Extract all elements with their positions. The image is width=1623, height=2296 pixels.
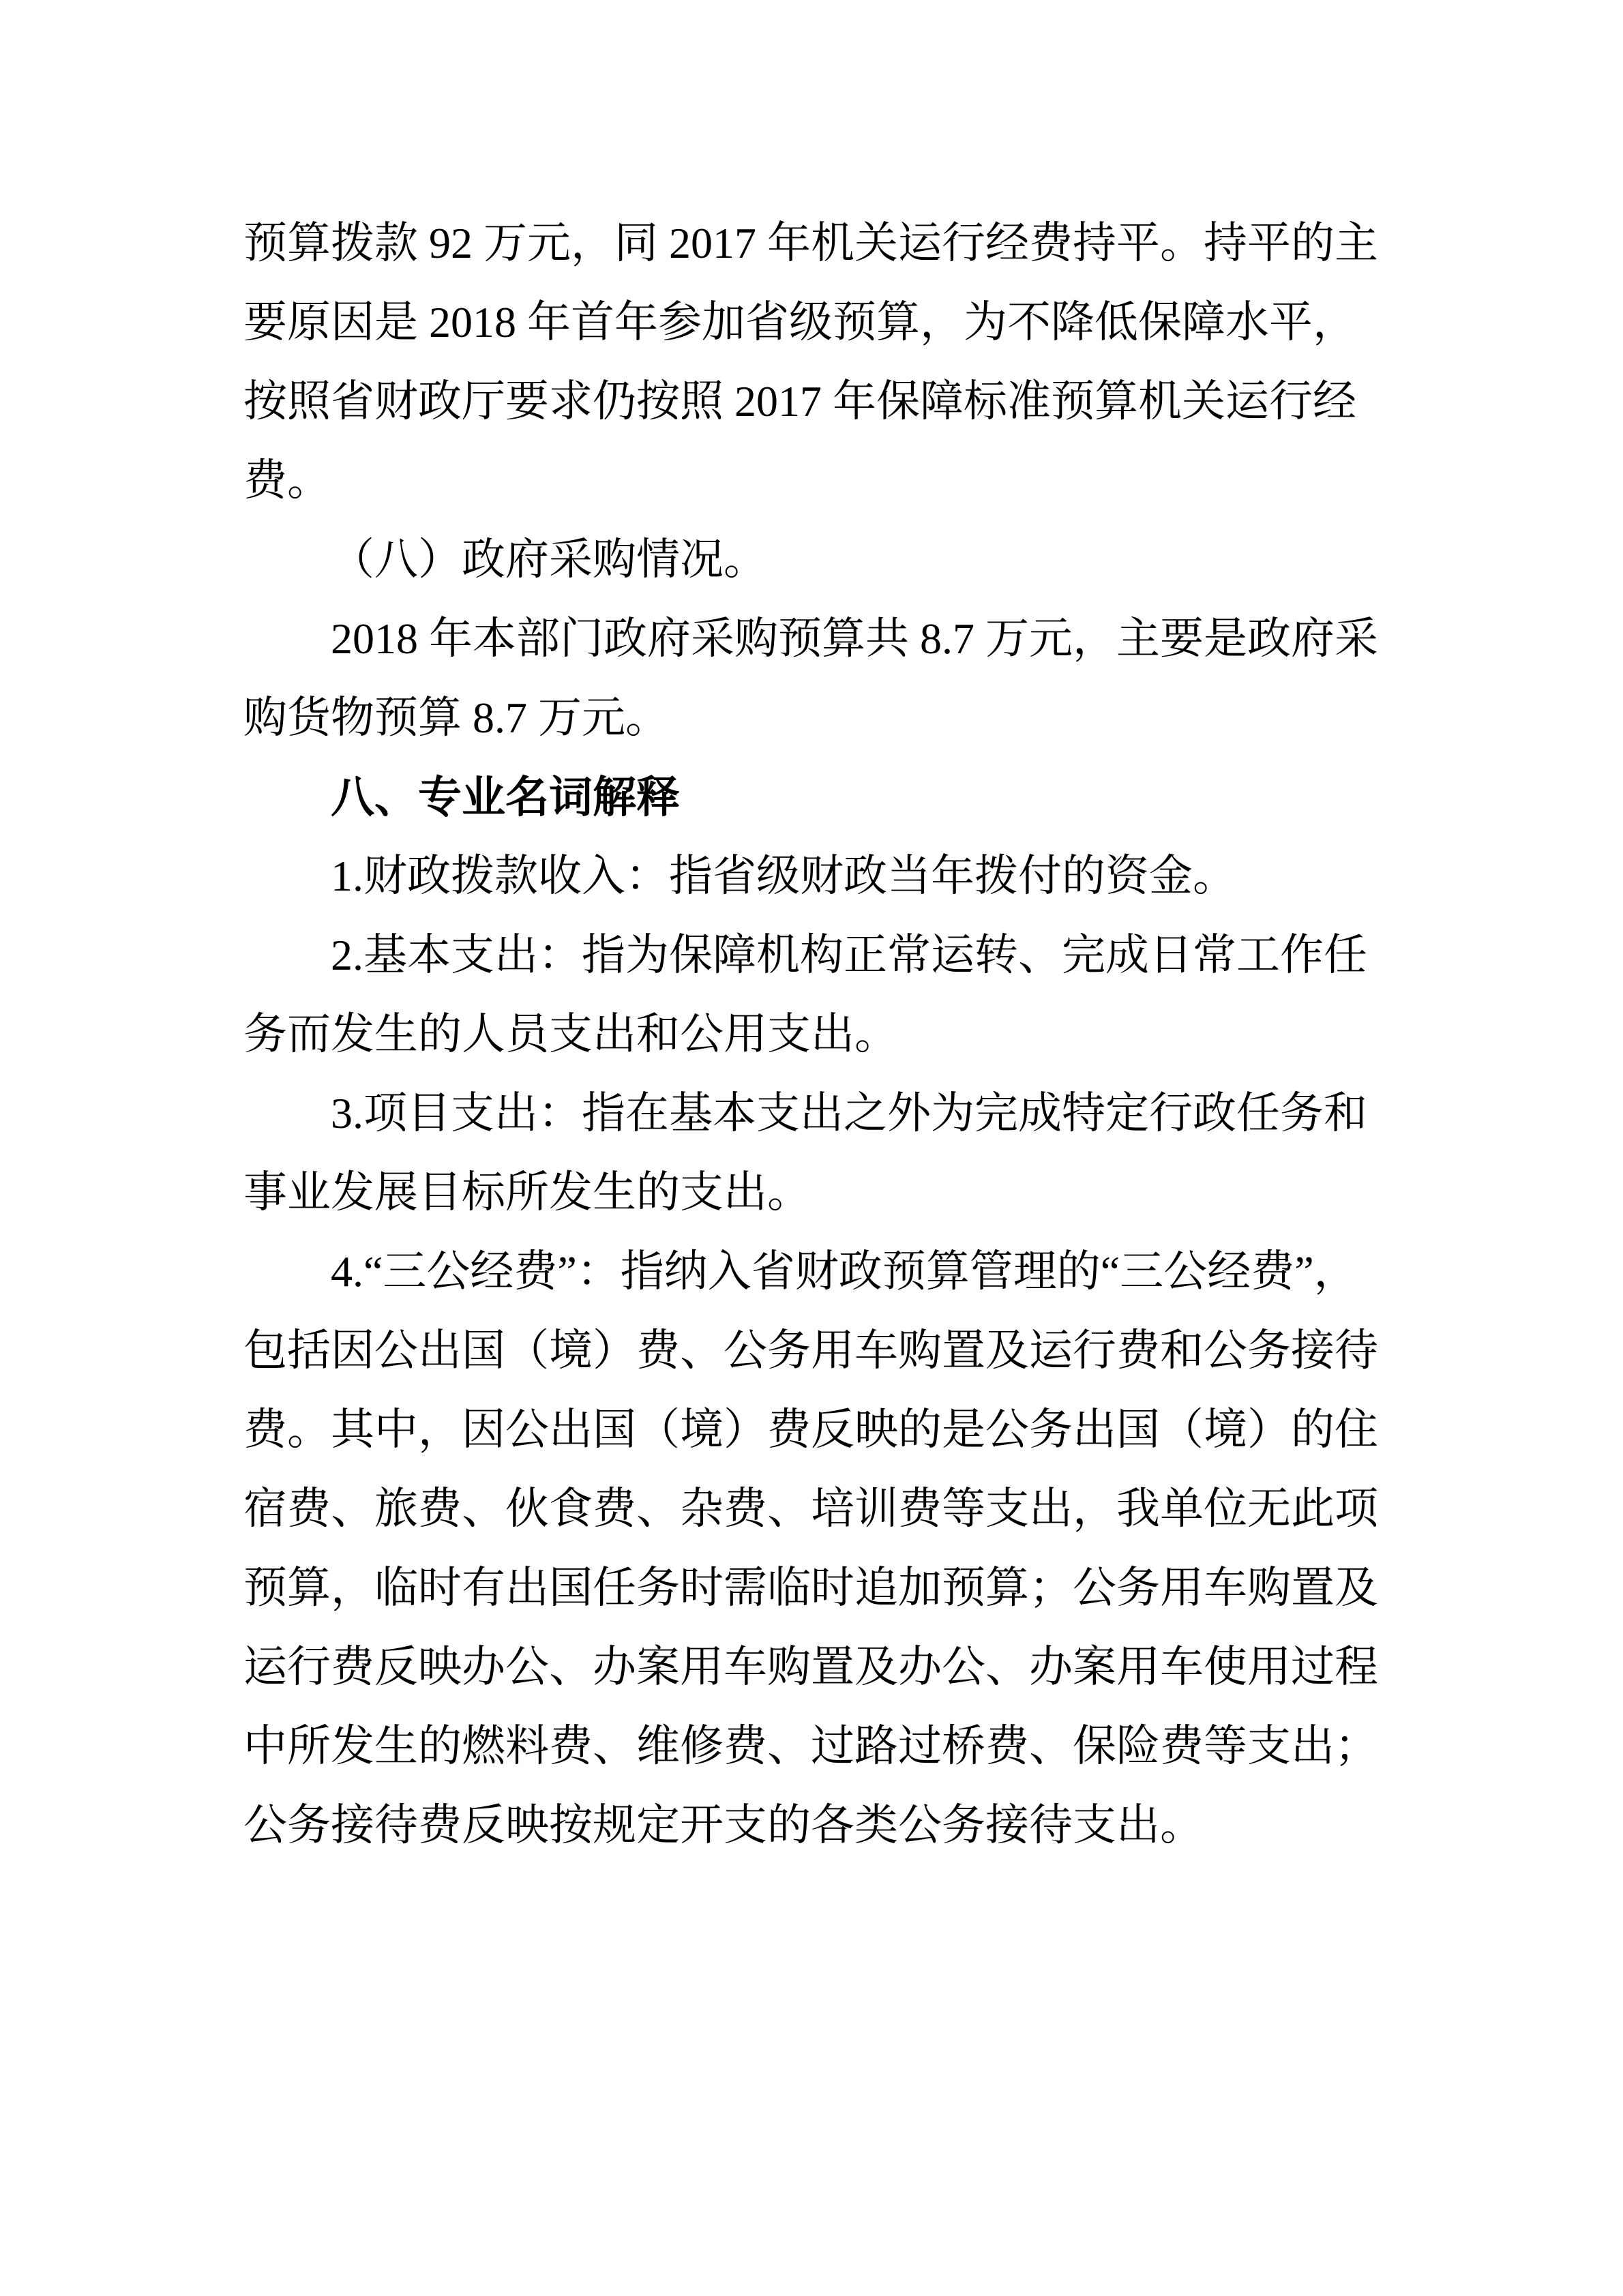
term-4-line: 中所发生的燃料费、维修费、过路过桥费、保险费等支出；: [243, 1707, 1381, 1786]
section-heading-terms: 八、专业名词解释: [243, 758, 1381, 837]
term-2-line: 务而发生的人员支出和公用支出。: [243, 995, 1381, 1074]
document-text-block: 预算拨款 92 万元，同 2017 年机关运行经费持平。持平的主 要原因是 20…: [243, 204, 1381, 1865]
term-1-line: 1.财政拨款收入：指省级财政当年拨付的资金。: [243, 837, 1381, 916]
term-4-line: 4.“三公经费”：指纳入省财政预算管理的“三公经费”，: [243, 1232, 1381, 1311]
term-2-line: 2.基本支出：指为保障机构正常运转、完成日常工作任: [243, 916, 1381, 995]
term-4-line: 宿费、旅费、伙食费、杂费、培训费等支出，我单位无此项: [243, 1470, 1381, 1549]
term-3-line: 3.项目支出：指在基本支出之外为完成特定行政任务和: [243, 1074, 1381, 1153]
para-procurement-title-line: （八）政府采购情况。: [243, 520, 1381, 599]
para-operating-expense-line: 费。: [243, 441, 1381, 520]
term-4-line: 公务接待费反映按规定开支的各类公务接待支出。: [243, 1786, 1381, 1865]
para-operating-expense-line: 要原因是 2018 年首年参加省级预算，为不降低保障水平，: [243, 283, 1381, 362]
para-operating-expense-line: 预算拨款 92 万元，同 2017 年机关运行经费持平。持平的主: [243, 204, 1381, 283]
document-page: 预算拨款 92 万元，同 2017 年机关运行经费持平。持平的主 要原因是 20…: [0, 0, 1623, 2296]
term-4-line: 运行费反映办公、办案用车购置及办公、办案用车使用过程: [243, 1628, 1381, 1707]
term-4-line: 费。其中，因公出国（境）费反映的是公务出国（境）的住: [243, 1390, 1381, 1470]
para-procurement-detail-line: 2018 年本部门政府采购预算共 8.7 万元，主要是政府采: [243, 599, 1381, 679]
term-4-line: 包括因公出国（境）费、公务用车购置及运行费和公务接待: [243, 1311, 1381, 1390]
para-operating-expense-line: 按照省财政厅要求仍按照 2017 年保障标准预算机关运行经: [243, 362, 1381, 441]
term-4-line: 预算，临时有出国任务时需临时追加预算；公务用车购置及: [243, 1549, 1381, 1628]
para-procurement-detail-line: 购货物预算 8.7 万元。: [243, 679, 1381, 758]
term-3-line: 事业发展目标所发生的支出。: [243, 1153, 1381, 1232]
